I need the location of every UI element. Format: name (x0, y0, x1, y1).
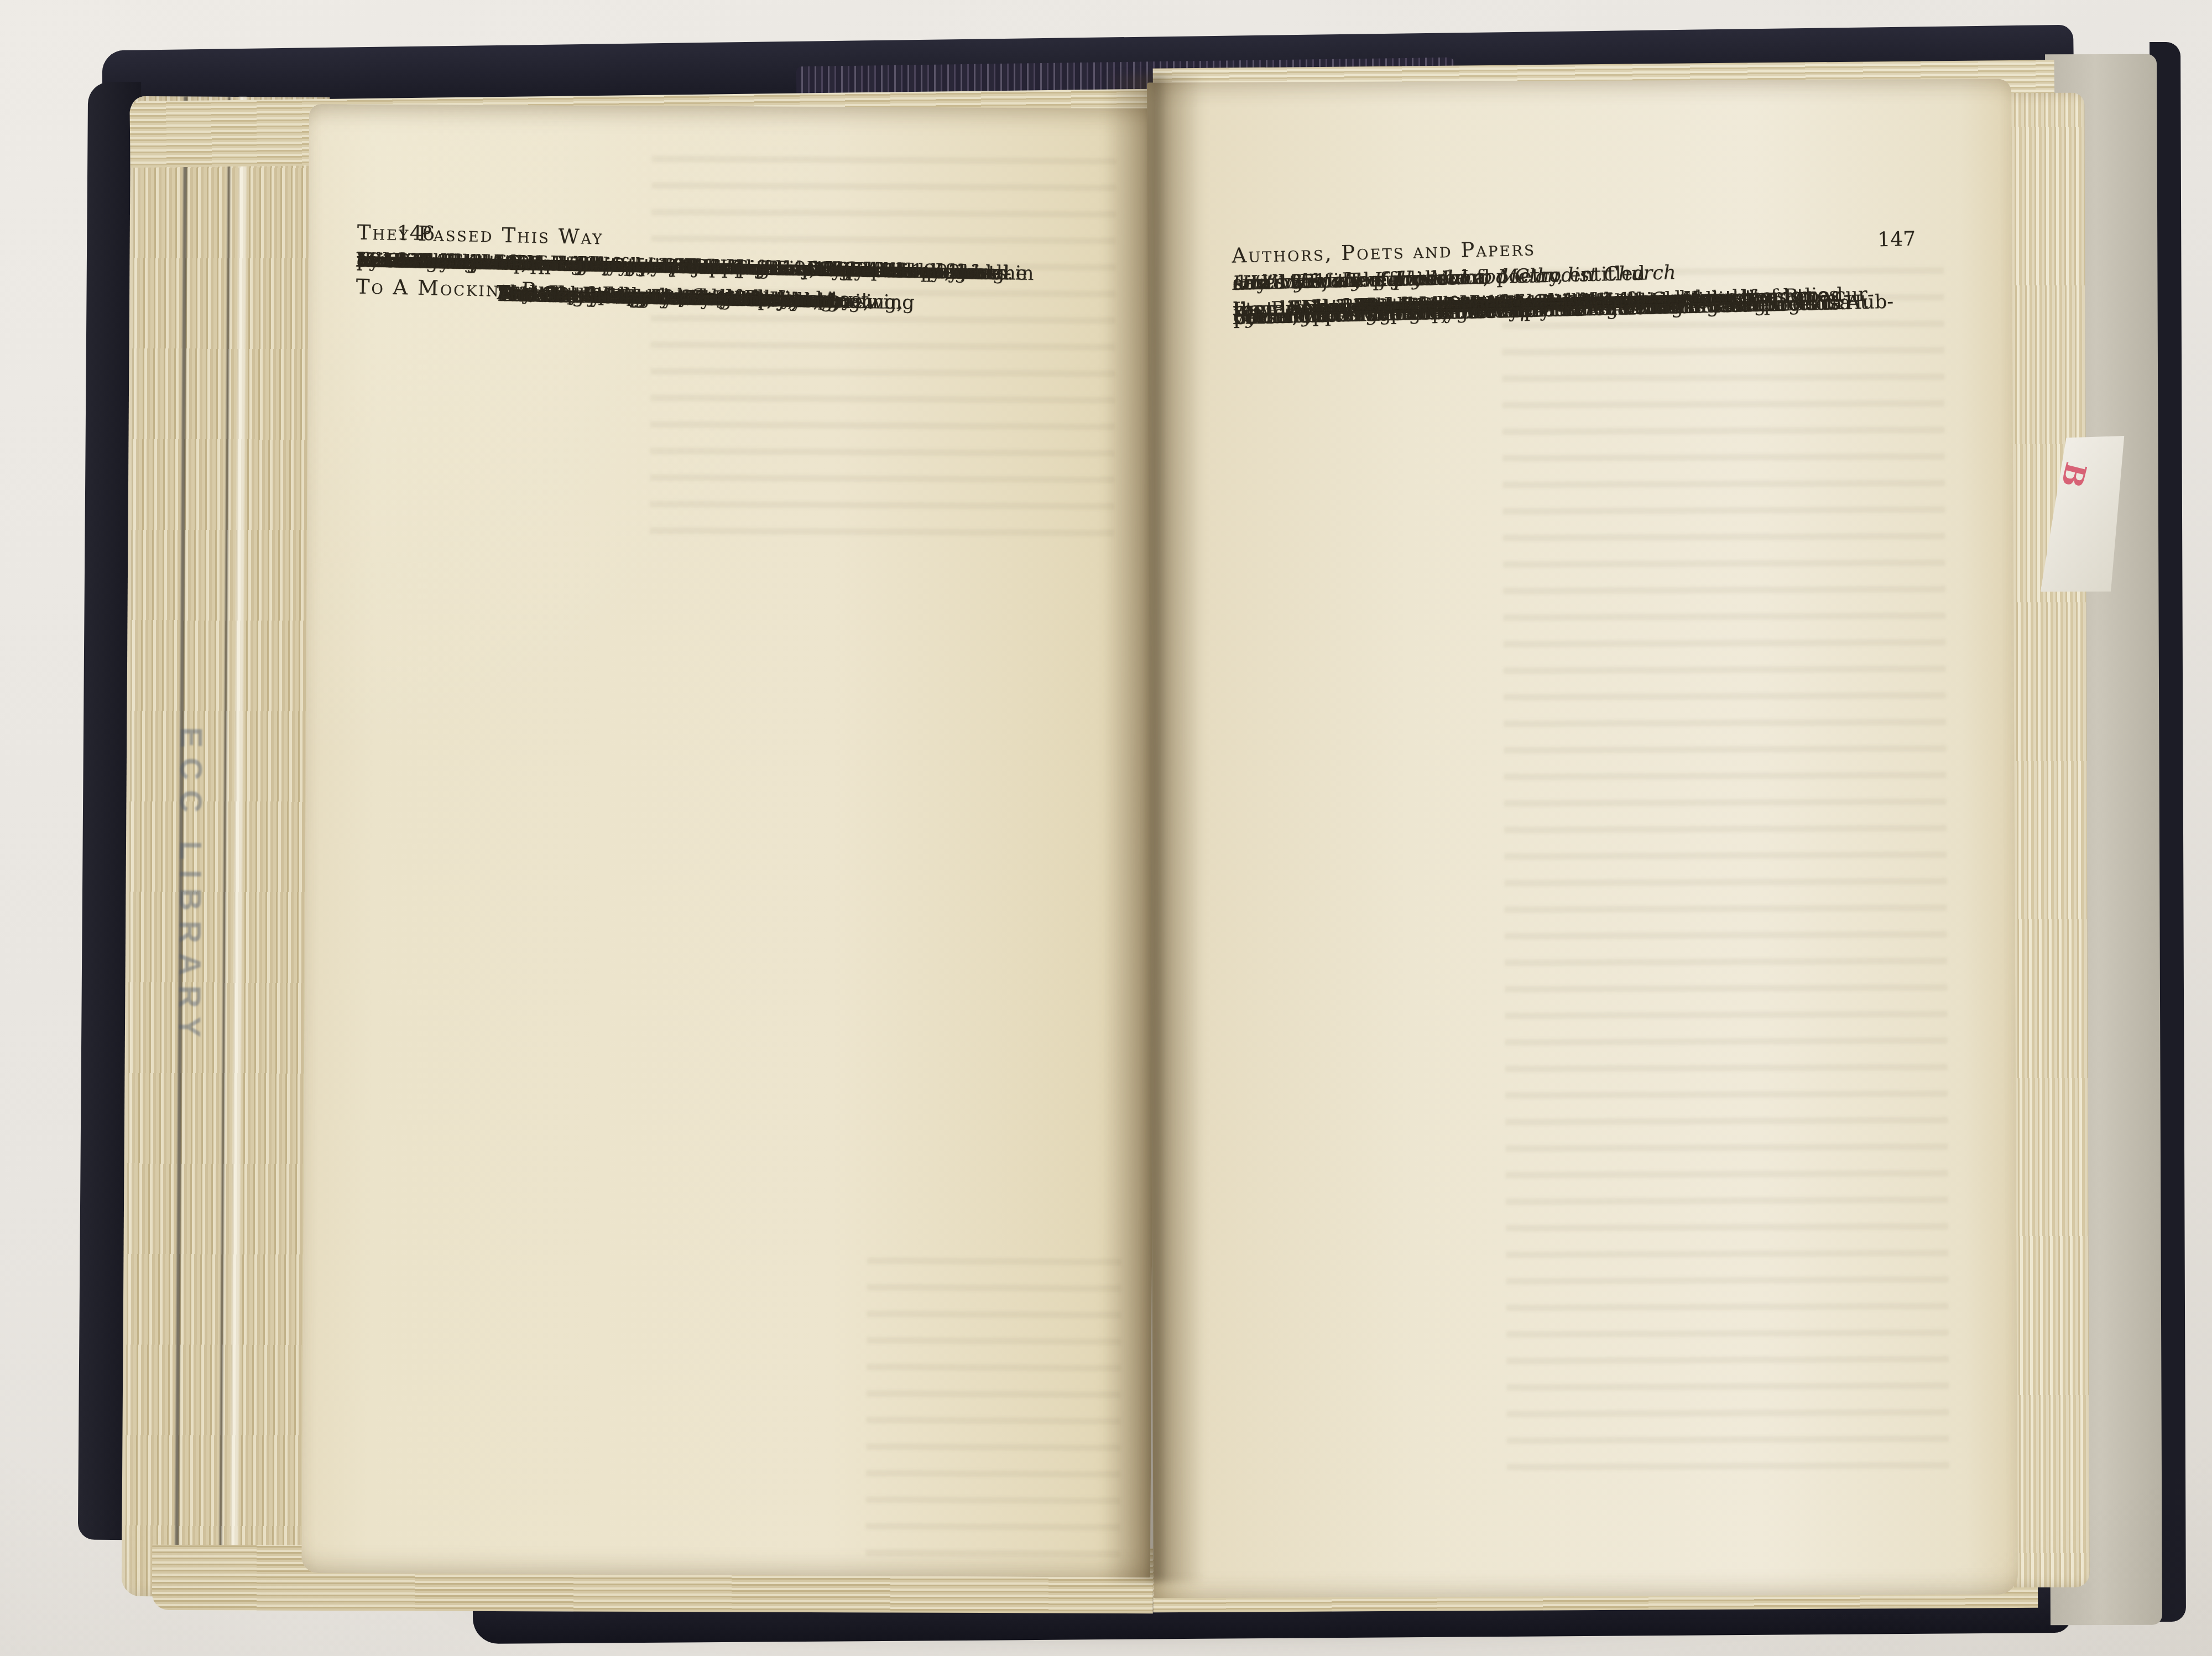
photo-vignette (0, 0, 2212, 1656)
photo-background: ECC LIBRARY B 146They Passed This WaySay… (0, 0, 2212, 1656)
